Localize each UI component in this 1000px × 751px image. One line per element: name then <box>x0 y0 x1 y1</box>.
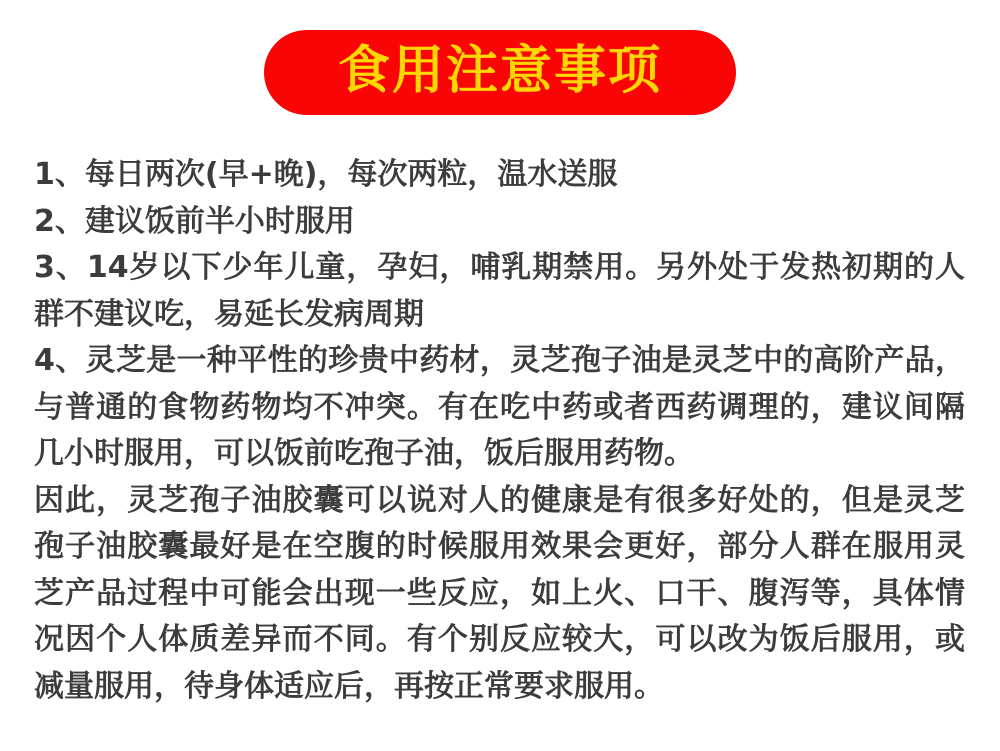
note-item-4: 4、灵芝是一种平性的珍贵中药材，灵芝孢子油是灵芝中的高阶产品， 与普通的食物药物… <box>34 338 965 478</box>
note-line: 几小时服用，可以饭前吃孢子油，饭后服用药物。 <box>34 431 965 478</box>
note-line: 1、每日两次(早+晚)，每次两粒，温水送服 <box>34 152 965 199</box>
note-line: 与普通的食物药物均不冲突。有在吃中药或者西药调理的，建议间隔 <box>34 385 965 432</box>
note-line: 2、建议饭前半小时服用 <box>34 199 965 246</box>
note-line: 况因个人体质差异而不同。有个别反应较大，可以改为饭后服用，或 <box>34 617 965 664</box>
note-item-2: 2、建议饭前半小时服用 <box>34 199 965 246</box>
notice-content: 1、每日两次(早+晚)，每次两粒，温水送服 2、建议饭前半小时服用 3、14岁以… <box>34 152 965 710</box>
note-item-1: 1、每日两次(早+晚)，每次两粒，温水送服 <box>34 152 965 199</box>
note-line: 减量服用，待身体适应后，再按正常要求服用。 <box>34 664 965 711</box>
notice-banner-title: 食用注意事项 <box>338 45 662 101</box>
note-line: 孢子油胶囊最好是在空腹的时候服用效果会更好，部分人群在服用灵 <box>34 524 965 571</box>
notice-banner: 食用注意事项 <box>264 30 736 115</box>
note-item-summary: 因此，灵芝孢子油胶囊可以说对人的健康是有很多好处的，但是灵芝 孢子油胶囊最好是在… <box>34 478 965 711</box>
note-line: 群不建议吃，易延长发病周期 <box>34 292 965 339</box>
note-line: 3、14岁以下少年儿童，孕妇，哺乳期禁用。另外处于发热初期的人 <box>34 245 965 292</box>
note-line: 因此，灵芝孢子油胶囊可以说对人的健康是有很多好处的，但是灵芝 <box>34 478 965 525</box>
note-item-3: 3、14岁以下少年儿童，孕妇，哺乳期禁用。另外处于发热初期的人 群不建议吃，易延… <box>34 245 965 338</box>
note-line: 4、灵芝是一种平性的珍贵中药材，灵芝孢子油是灵芝中的高阶产品， <box>34 338 965 385</box>
note-line: 芝产品过程中可能会出现一些反应，如上火、口干、腹泻等，具体情 <box>34 571 965 618</box>
